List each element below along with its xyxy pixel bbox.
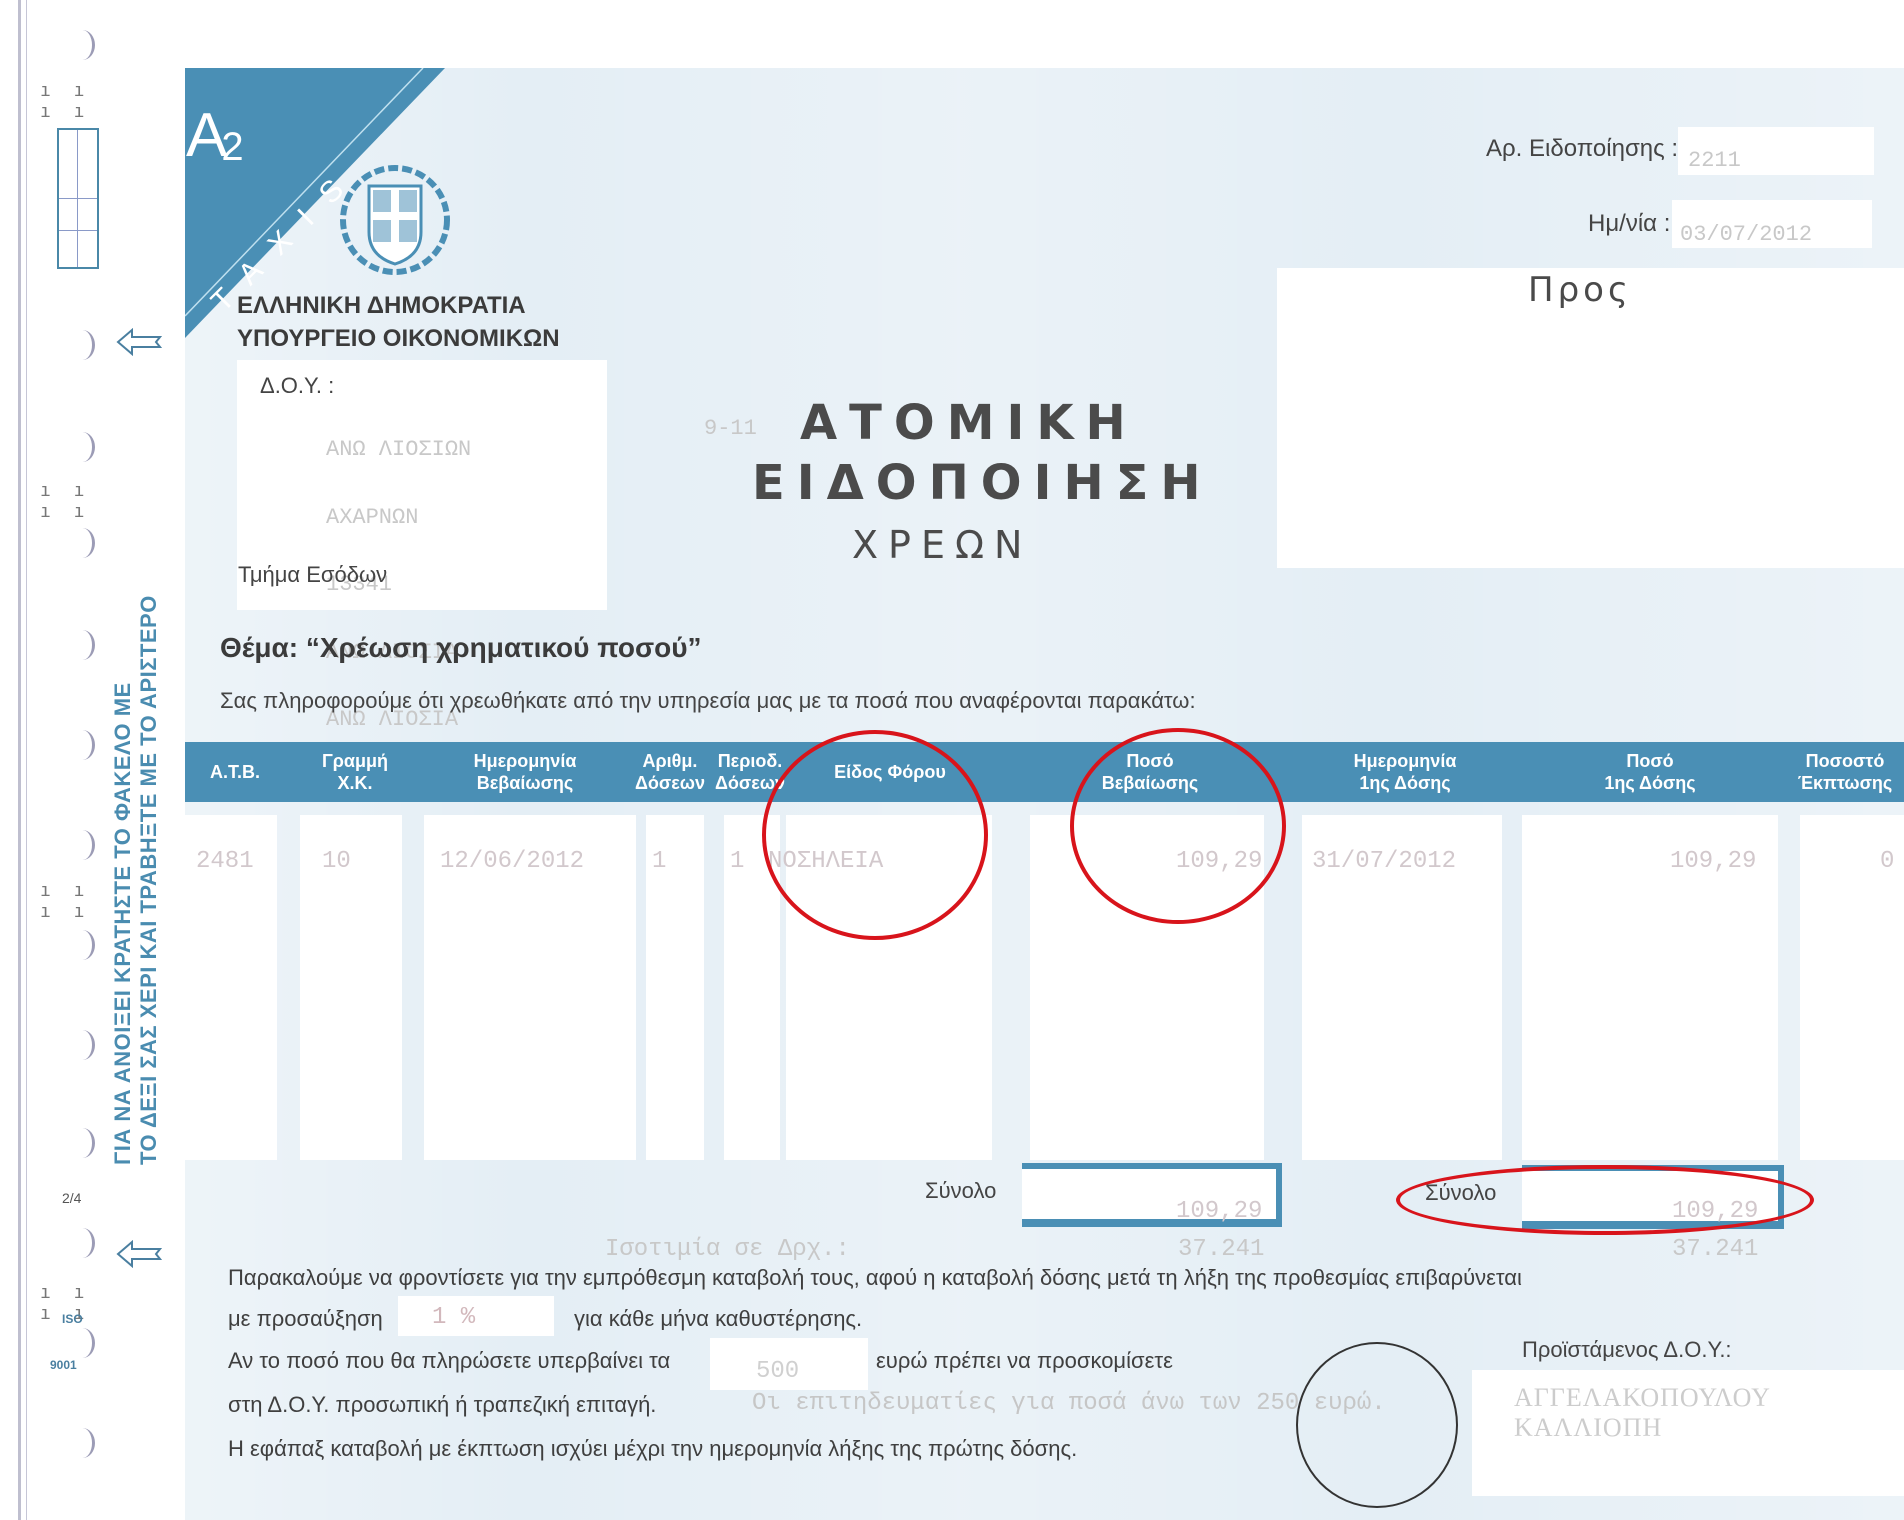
- surcharge-value: 1 %: [432, 1304, 475, 1331]
- column-header-discount-rate: Ποσοστό Έκπτωσης: [1790, 742, 1900, 802]
- punch-hole: [70, 1128, 95, 1158]
- total-label: Σύνολο: [925, 1178, 996, 1204]
- left-arrow-icon: [116, 328, 162, 356]
- punch-hole: [70, 730, 95, 760]
- threshold-value: 500: [756, 1358, 799, 1385]
- annotation-circle-tax-type: [762, 730, 988, 940]
- greek-coat-of-arms-icon: [335, 160, 455, 280]
- cell-first-installment-amount: 109,29: [1670, 848, 1756, 875]
- punch-hole: [70, 30, 95, 60]
- tax-office-head-label: Προϊστάμενος Δ.Ο.Υ.:: [1522, 1337, 1732, 1363]
- punch-hole: [70, 1428, 95, 1458]
- column-header-assessment-date: Ημερομηνία Βεβαίωσης: [440, 742, 610, 802]
- annotation-circle-total: [1396, 1165, 1814, 1235]
- column-header-atb: Α.Τ.Β.: [190, 742, 280, 802]
- payment-notice-line1: Παρακαλούμε να φροντίσετε για την εμπρόθ…: [228, 1265, 1522, 1291]
- intro-text: Σας πληροφορούμε ότι χρεωθήκατε από την …: [220, 688, 1196, 714]
- tick-marks: ı ı ı ı: [40, 1282, 110, 1304]
- table-column: [300, 815, 402, 1160]
- column-header-first-installment-amount: Ποσό 1ης Δόσης: [1570, 742, 1730, 802]
- drachma-label: Ισοτιμία σε Δρχ.:: [605, 1236, 850, 1263]
- cheque-requirement: στη Δ.Ο.Υ. προσωπική ή τραπεζική επιταγή…: [228, 1392, 656, 1418]
- punch-hole: [70, 1030, 95, 1060]
- perforated-strip: ı ı ı ı ı ı ı ı ı ı ı ı 2/4 ı ı ı ı ISO …: [0, 0, 180, 1520]
- subject-line: Θέμα: “Χρέωση χρηματικού ποσού”: [220, 632, 702, 664]
- cell-installment-period: 1: [730, 848, 744, 875]
- opening-instructions: ΓΙΑ ΝΑ ΑΝΟΙΞΕΙ ΚΡΑΤΗΣΤΕ ΤΟ ΦΑΚΕΛΟ ΜΕ ΤΟ …: [110, 385, 162, 1165]
- total-assessment-value: 109,29: [1176, 1198, 1262, 1225]
- tax-office-label: Δ.Ο.Υ. :: [260, 373, 334, 399]
- tick-marks: ı ı ı ı: [40, 80, 110, 102]
- punch-hole: [70, 1228, 95, 1258]
- left-arrow-icon: [116, 1240, 162, 1268]
- tax-office-head-name: ΑΓΓΕΛΑΚΟΠΟΥΛΟΥ ΚΑΛΛΙΟΠΗ: [1514, 1383, 1904, 1443]
- notice-number-label: Αρ. Ειδοποίησης :: [1486, 135, 1678, 163]
- department-label: Τμήμα Εσόδων: [238, 562, 387, 588]
- ministry-name: ΥΠΟΥΡΓΕΙΟ ΟΙΚΟΝΟΜΙΚΩΝ: [237, 325, 560, 353]
- date-label: Ημ/νία :: [1588, 210, 1670, 238]
- stamp-circle: [1296, 1342, 1458, 1508]
- iso-bottom: 9001: [50, 1358, 83, 1372]
- annotation-circle-assessment-amount: [1070, 728, 1286, 924]
- punch-hole: [70, 432, 95, 462]
- punch-hole: [70, 528, 95, 558]
- threshold-prefix: Αν το ποσό που θα πληρώσετε υπερβαίνει τ…: [228, 1348, 670, 1374]
- strip-edge-line: [26, 0, 27, 1520]
- cell-discount-rate: 0: [1880, 848, 1894, 875]
- drachma-first-installment-value: 37.241: [1672, 1236, 1758, 1263]
- strip-edge: [18, 0, 21, 1520]
- surcharge-box: [398, 1296, 554, 1336]
- punch-hole: [70, 1328, 95, 1358]
- surcharge-suffix: για κάθε μήνα καθυστέρησης.: [574, 1306, 862, 1332]
- reference-code: 9-11: [704, 416, 757, 441]
- republic-name: ΕΛΛΗΝΙΚΗ ΔΗΜΟΚΡΑΤΙΑ: [237, 292, 526, 320]
- notice-number-value: 2211: [1688, 148, 1741, 173]
- registration-mark: [57, 128, 99, 269]
- discount-validity: Η εφάπαξ καταβολή με έκπτωση ισχύει μέχρ…: [228, 1436, 1077, 1462]
- tick-marks: ı ı ı ı: [40, 480, 110, 502]
- column-header-first-installment-date: Ημερομηνία 1ης Δόσης: [1320, 742, 1490, 802]
- surcharge-prefix: με προσαύξηση: [228, 1306, 383, 1332]
- tick-marks: ı ı ı ı: [40, 880, 110, 902]
- column-header-line: Γραμμή Χ.Κ.: [300, 742, 410, 802]
- cell-installments: 1: [652, 848, 666, 875]
- iso-top: ISO: [62, 1312, 83, 1326]
- cell-assessment-date: 12/06/2012: [440, 848, 584, 875]
- recipient-label: Προς: [1528, 270, 1632, 310]
- cell-atb: 2481: [196, 848, 254, 875]
- document-title-line3: ΧΡΕΩΝ: [852, 523, 1032, 567]
- recipient-box: [1277, 268, 1904, 568]
- form-code: A2: [186, 100, 244, 171]
- document-title-line1: ΑΤΟΜΙΚΗ: [800, 395, 1138, 451]
- drachma-assessment-value: 37.241: [1178, 1236, 1264, 1263]
- threshold-suffix: ευρώ πρέπει να προσκομίσετε: [876, 1348, 1173, 1374]
- date-value: 03/07/2012: [1680, 222, 1812, 247]
- cell-line: 10: [322, 848, 351, 875]
- business-note: Οι επιτηδευματίες για ποσά άνω των 250 ε…: [752, 1390, 1386, 1417]
- document-title-line2: ΕΙΔΟΠΟΙΗΣΗ: [752, 455, 1213, 511]
- punch-hole: [70, 630, 95, 660]
- cell-first-installment-date: 31/07/2012: [1312, 848, 1456, 875]
- punch-hole: [70, 330, 95, 360]
- column-header-installments: Αριθμ. Δόσεων: [630, 742, 710, 802]
- punch-hole: [70, 830, 95, 860]
- punch-hole: [70, 930, 95, 960]
- page-marker: 2/4: [62, 1190, 81, 1206]
